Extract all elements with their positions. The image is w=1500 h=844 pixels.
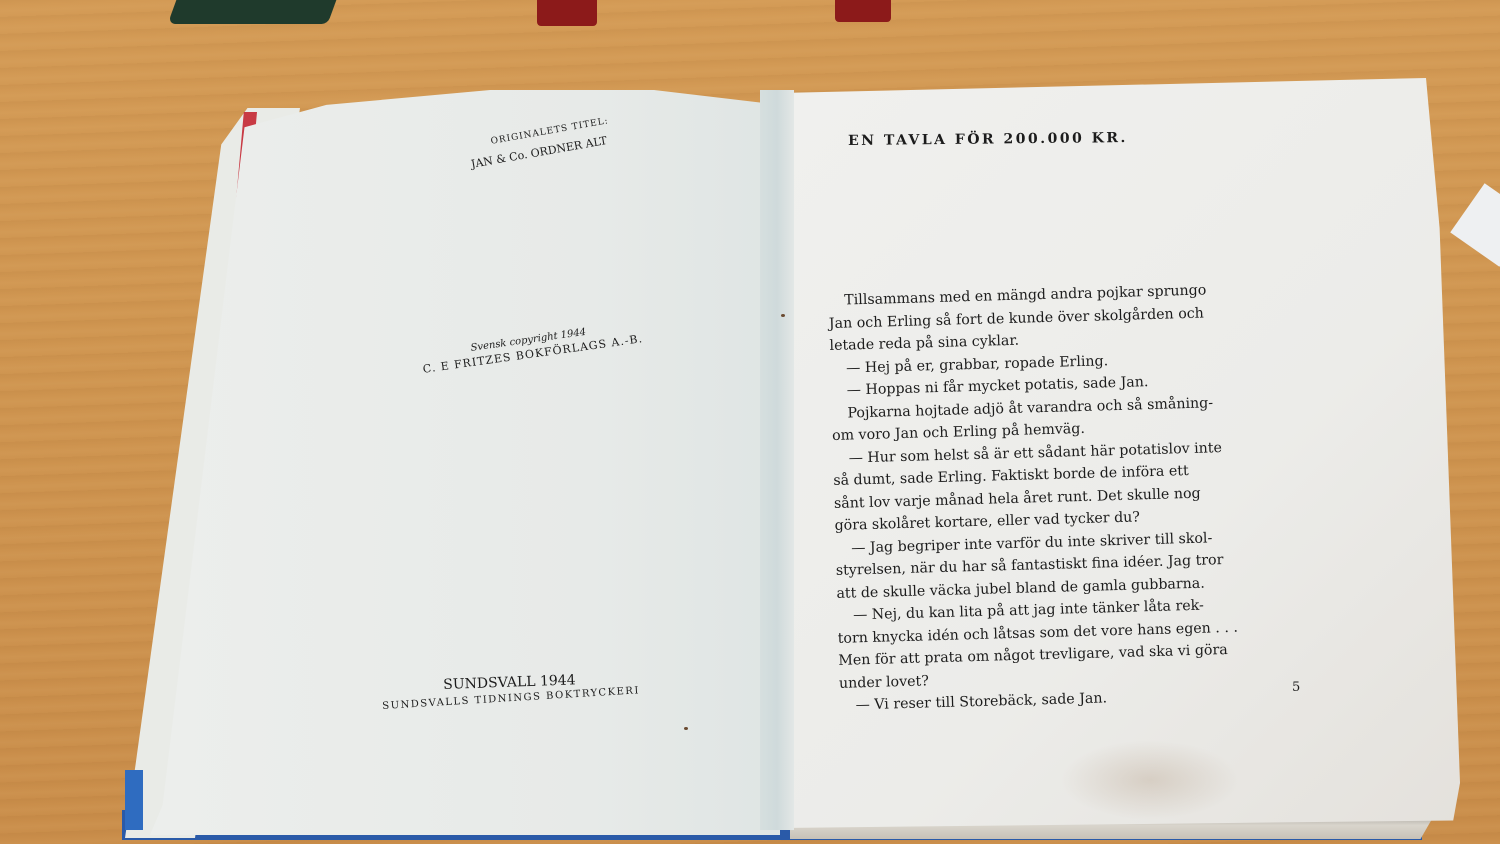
left-page xyxy=(150,90,780,835)
book-gutter xyxy=(760,90,794,830)
page-speck xyxy=(684,727,688,730)
page-stain xyxy=(1060,740,1240,820)
body-text: Tillsammans med en mängd andra pojkar sp… xyxy=(828,279,1250,718)
red-block-right xyxy=(835,0,891,22)
page-speck xyxy=(781,314,785,317)
page-number: 5 xyxy=(1292,680,1300,695)
cover-blue-strip xyxy=(125,770,143,830)
green-object xyxy=(168,0,337,24)
chapter-title: EN TAVLA FÖR 200.000 KR. xyxy=(848,130,1128,149)
red-block-left xyxy=(537,0,597,26)
